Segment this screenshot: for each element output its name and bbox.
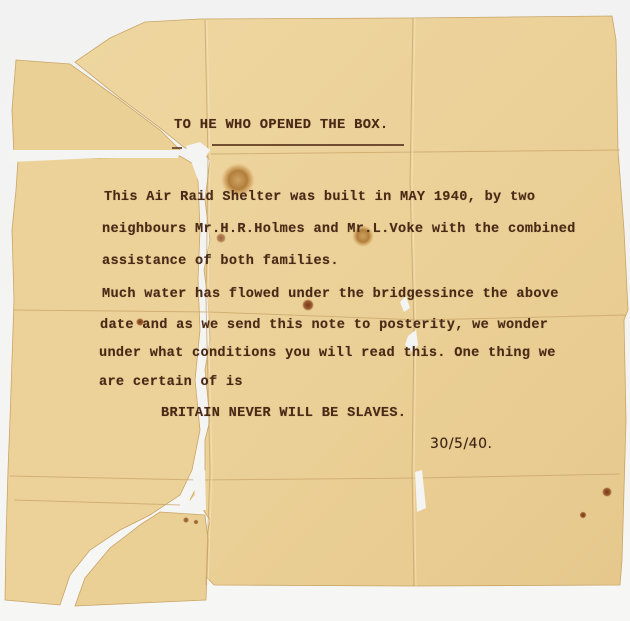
body-line: Much water has flowed under the bridgess…	[102, 287, 559, 302]
letter-date: 30/5/40.	[430, 436, 492, 452]
letter-heading: TO HE WHO OPENED THE BOX.	[174, 118, 389, 133]
body-line: under what conditions you will read this…	[99, 346, 556, 361]
body-line: are certain of is	[99, 375, 243, 390]
heading-dash	[172, 147, 182, 149]
body-line: date and as we send this note to posteri…	[100, 318, 548, 333]
closing-line: BRITAIN NEVER WILL BE SLAVES.	[161, 406, 406, 421]
body-line: neighbours Mr.H.R.Holmes and Mr.L.Voke w…	[102, 222, 576, 237]
heading-underline	[212, 144, 404, 146]
body-line: assistance of both families.	[102, 254, 339, 269]
body-line: This Air Raid Shelter was built in MAY 1…	[104, 190, 535, 205]
typed-letter: TO HE WHO OPENED THE BOX. This Air Raid …	[0, 0, 630, 621]
